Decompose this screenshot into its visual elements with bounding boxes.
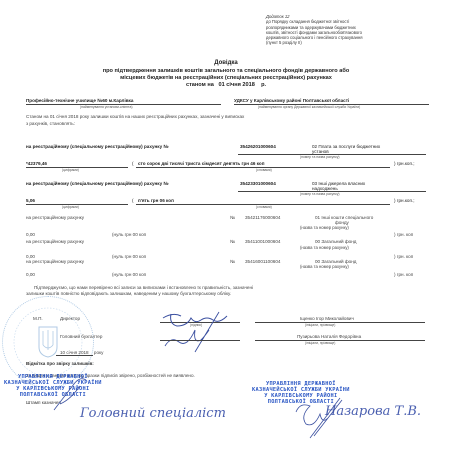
account-name: 00 Загальний фонд <box>315 239 356 245</box>
date-suffix: року <box>94 350 103 355</box>
accountant-name: Пузирьова Наталія Федорівна <box>297 334 361 340</box>
as-of-date: станом на 01 січня 2018 р. <box>0 82 452 88</box>
words-caption: (словами) <box>256 168 272 172</box>
digits-caption: (цифрами) <box>62 205 79 209</box>
account-number: 35411001000604 <box>245 239 280 245</box>
amount-words: сто сорок дві тисячі триста сімдесят дев… <box>138 161 265 167</box>
name-caption: (ініціали, прізвище) <box>305 341 335 345</box>
document-subtitle: про підтвердження залишків коштів загаль… <box>0 68 452 74</box>
amount-words: п'ять грн 06 коп <box>138 198 174 204</box>
seal-label: М.П. <box>33 316 43 322</box>
paren: ( <box>132 161 134 167</box>
account-number: 35426201000604 <box>240 144 276 150</box>
account-caption: (назва та номер рахунку) <box>300 264 349 270</box>
as-of-date-value: 01 січня 2018 <box>219 82 255 88</box>
paren: ( <box>132 198 134 204</box>
currency-suffix: ) грн. коп <box>394 254 413 260</box>
account-caption: (номер та назва рахунку) <box>300 192 340 196</box>
director-name: Іщенко Ігор Миколайович <box>300 316 354 322</box>
document-title: Довідка <box>0 60 452 66</box>
amount-digits: *42379,46 <box>26 161 47 167</box>
account-number: 35416001100604 <box>245 259 280 265</box>
director-signature <box>155 306 245 356</box>
currency-suffix: ) грн.коп.; <box>394 198 415 204</box>
client-name: Професійно-технічне училище №60 м.Карлів… <box>26 98 133 104</box>
amount-digits: 0,00 <box>26 232 35 238</box>
currency-suffix: ) грн. коп <box>394 232 413 238</box>
handwritten-position: Головний спеціаліст <box>80 406 226 421</box>
treasury-name: УДКСУ у Карлівському районі Полтавської … <box>234 98 349 104</box>
signing-date-value: 10 січня 2018 <box>56 350 93 356</box>
amount-words: (нуль грн 00 коп <box>112 272 146 278</box>
verification-heading: Відмітка про звірку залишків: <box>26 361 94 367</box>
account-label: на реєстраційному (спеціальному реєстрац… <box>26 181 169 187</box>
number-sign: № <box>230 215 235 221</box>
appendix-line: (пункт 5 розділу ІІ) <box>266 40 363 45</box>
digits-caption: (цифрами) <box>62 168 79 172</box>
appendix-line: до Порядку складання бюджетної звітності <box>266 19 363 24</box>
accountant-role: Головний бухгалтер <box>60 334 102 340</box>
account-label: на реєстраційному рахунку <box>26 215 84 221</box>
number-sign: № <box>230 259 235 265</box>
name-caption: (ініціали, прізвище) <box>305 323 335 327</box>
currency-suffix: ) грн. коп <box>394 272 413 278</box>
as-of-suffix: р. <box>261 82 266 88</box>
amount-digits: 0,00 <box>26 272 35 278</box>
account-caption: (назва та номер рахунку) <box>300 245 349 251</box>
intro-line: Станом на 01 січня 2018 року залишки кош… <box>26 114 244 120</box>
director-role: Директор <box>60 316 80 322</box>
intro-line: з рахунків, становлять: <box>26 121 75 127</box>
account-number: 35421176000604 <box>245 215 280 221</box>
amount-words: (нуль грн 00 коп <box>112 232 146 238</box>
account-caption: (назва та номер рахунку) <box>300 225 349 231</box>
account-label: на реєстраційному (спеціальному реєстрац… <box>26 144 169 150</box>
account-number: 35423301000604 <box>240 181 276 187</box>
stamp-signature-left <box>50 374 90 414</box>
client-caption: (найменування установи-клієнта) <box>80 105 132 109</box>
account-caption: (номер та назва рахунку) <box>300 155 340 159</box>
number-sign: № <box>230 239 235 245</box>
amount-digits: 5,06 <box>26 198 35 204</box>
signing-date: 10 січня 2018 року <box>56 350 103 356</box>
confirmation-line: залишки коштів повністю відповідають зал… <box>26 291 231 297</box>
treasury-caption: (найменування органу Державної казначейс… <box>258 105 360 109</box>
currency-suffix: ) грн.коп.; <box>394 161 415 167</box>
verifier-signature <box>290 392 350 442</box>
amount-words: (нуль грн 00 коп <box>112 254 146 260</box>
document-subtitle: місцевих бюджетів на реєстраційних (спец… <box>0 75 452 81</box>
confirmation-line: Підтверджуємо, що нами перевірено всі за… <box>34 285 253 291</box>
appendix-note: Додаток 12 до Порядку складання бюджетно… <box>266 14 363 46</box>
words-caption: (словами) <box>256 205 272 209</box>
account-label: на реєстраційному рахунку <box>26 239 84 245</box>
as-of-prefix: станом на <box>186 82 214 88</box>
account-label: на реєстраційному рахунку <box>26 259 84 265</box>
